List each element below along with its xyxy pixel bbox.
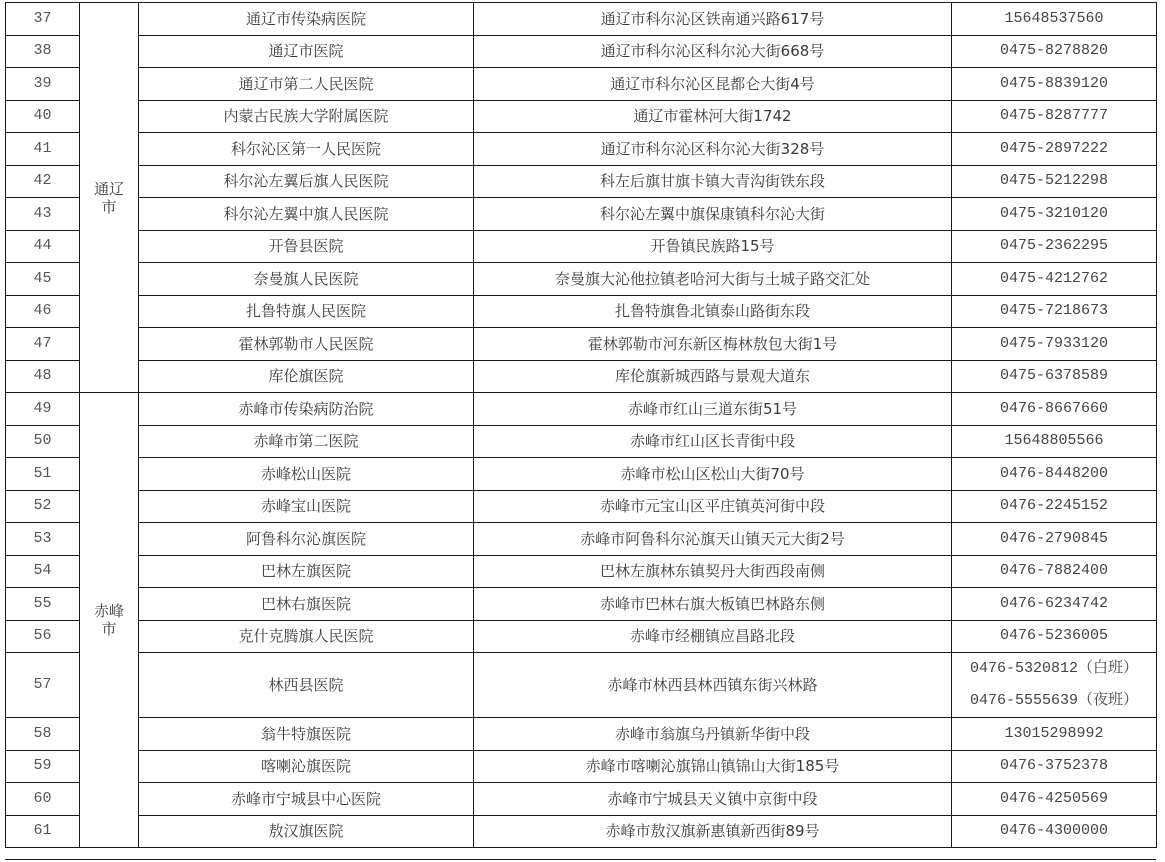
row-number-cell: 57 xyxy=(6,653,80,718)
address-cell: 通辽市科尔沁区昆都仑大街4号 xyxy=(474,68,952,101)
phone-cell: 0476-2245152 xyxy=(952,490,1157,523)
table-row: 39通辽市第二人民医院通辽市科尔沁区昆都仑大街4号0475-8839120 xyxy=(6,68,1157,101)
row-number-cell: 41 xyxy=(6,133,80,166)
phone-number: 0476-8667660 xyxy=(1000,400,1108,417)
phone-number: 0476-4300000 xyxy=(1000,822,1108,839)
address-cell: 赤峰市松山区松山大街70号 xyxy=(474,458,952,491)
phone-number: 0476-3752378 xyxy=(1000,757,1108,774)
phone-cell: 0475-5212298 xyxy=(952,165,1157,198)
phone-number: 0475-8839120 xyxy=(1000,75,1108,92)
phone-number: 0475-2897222 xyxy=(1000,140,1108,157)
row-number-cell: 49 xyxy=(6,393,80,426)
row-number-cell: 60 xyxy=(6,783,80,816)
city-cell: 赤峰市 xyxy=(80,393,139,848)
phone-number: 0475-6378589 xyxy=(1000,367,1108,384)
row-number-cell: 42 xyxy=(6,165,80,198)
hospital-name-cell: 库伦旗医院 xyxy=(139,360,474,393)
phone-cell: 0475-2362295 xyxy=(952,230,1157,263)
row-number-cell: 58 xyxy=(6,718,80,751)
table-row: 48库伦旗医院库伦旗新城西路与景观大道东0475-6378589 xyxy=(6,360,1157,393)
row-number-cell: 54 xyxy=(6,555,80,588)
table-row: 61敖汉旗医院赤峰市敖汉旗新惠镇新西街89号0476-4300000 xyxy=(6,815,1157,848)
address-cell: 赤峰市红山区长青街中段 xyxy=(474,425,952,458)
table-row: 45奈曼旗人民医院奈曼旗大沁他拉镇老哈河大街与土城子路交汇处0475-42127… xyxy=(6,263,1157,296)
phone-number: 0476-5320812（白班） xyxy=(952,653,1156,685)
hospital-name-cell: 赤峰宝山医院 xyxy=(139,490,474,523)
hospital-name-cell: 奈曼旗人民医院 xyxy=(139,263,474,296)
phone-cell: 0475-8278820 xyxy=(952,35,1157,68)
hospital-name-cell: 赤峰市第二医院 xyxy=(139,425,474,458)
table-row: 43科尔沁左翼中旗人民医院科尔沁左翼中旗保康镇科尔沁大街0475-3210120 xyxy=(6,198,1157,231)
address-cell: 赤峰市阿鲁科尔沁旗天山镇天元大街2号 xyxy=(474,523,952,556)
phone-number: 0475-8278820 xyxy=(1000,42,1108,59)
address-cell: 科左后旗甘旗卡镇大青沟街铁东段 xyxy=(474,165,952,198)
hospital-name-cell: 林西县医院 xyxy=(139,653,474,718)
hospital-name-cell: 敖汉旗医院 xyxy=(139,815,474,848)
table-row: 53阿鲁科尔沁旗医院赤峰市阿鲁科尔沁旗天山镇天元大街2号0476-2790845 xyxy=(6,523,1157,556)
address-cell: 赤峰市喀喇沁旗锦山镇锦山大街185号 xyxy=(474,750,952,783)
address-cell: 赤峰市元宝山区平庄镇英河街中段 xyxy=(474,490,952,523)
phone-cell: 0476-8448200 xyxy=(952,458,1157,491)
phone-cell: 0476-4300000 xyxy=(952,815,1157,848)
row-number-cell: 40 xyxy=(6,100,80,133)
phone-number: 0476-4250569 xyxy=(1000,790,1108,807)
phone-number: 0476-5236005 xyxy=(1000,627,1108,644)
hospital-name-cell: 通辽市传染病医院 xyxy=(139,3,474,36)
table-row: 42科尔沁左翼后旗人民医院科左后旗甘旗卡镇大青沟街铁东段0475-5212298 xyxy=(6,165,1157,198)
phone-cell: 0476-3752378 xyxy=(952,750,1157,783)
row-number-cell: 48 xyxy=(6,360,80,393)
phone-number: 0476-2790845 xyxy=(1000,530,1108,547)
phone-cell: 0476-4250569 xyxy=(952,783,1157,816)
phone-number: 0475-7218673 xyxy=(1000,302,1108,319)
table-row: 49赤峰市赤峰市传染病防治院赤峰市红山三道东街51号0476-8667660 xyxy=(6,393,1157,426)
hospital-name-cell: 科尔沁左翼中旗人民医院 xyxy=(139,198,474,231)
row-number-cell: 39 xyxy=(6,68,80,101)
table-row: 46扎鲁特旗人民医院扎鲁特旗鲁北镇泰山路街东段0475-7218673 xyxy=(6,295,1157,328)
row-number-cell: 47 xyxy=(6,328,80,361)
phone-cell: 0475-8287777 xyxy=(952,100,1157,133)
phone-cell: 0476-6234742 xyxy=(952,588,1157,621)
hospital-name-cell: 霍林郭勒市人民医院 xyxy=(139,328,474,361)
table-row: 41科尔沁区第一人民医院通辽市科尔沁区科尔沁大街328号0475-2897222 xyxy=(6,133,1157,166)
table-row: 57林西县医院赤峰市林西县林西镇东街兴林路0476-5320812（白班）047… xyxy=(6,653,1157,718)
hospital-name-cell: 科尔沁左翼后旗人民医院 xyxy=(139,165,474,198)
address-cell: 扎鲁特旗鲁北镇泰山路街东段 xyxy=(474,295,952,328)
table-row: 55巴林右旗医院赤峰市巴林右旗大板镇巴林路东侧0476-6234742 xyxy=(6,588,1157,621)
hospital-name-cell: 翁牛特旗医院 xyxy=(139,718,474,751)
row-number-cell: 51 xyxy=(6,458,80,491)
phone-number: 13015298992 xyxy=(1004,725,1103,742)
row-number-cell: 56 xyxy=(6,620,80,653)
phone-cell: 0476-5236005 xyxy=(952,620,1157,653)
phone-number: 0476-5555639（夜班） xyxy=(952,685,1156,717)
row-number-cell: 50 xyxy=(6,425,80,458)
phone-number: 0476-2245152 xyxy=(1000,497,1108,514)
phone-cell: 0475-7218673 xyxy=(952,295,1157,328)
table-row: 56克什克腾旗人民医院赤峰市经棚镇应昌路北段0476-5236005 xyxy=(6,620,1157,653)
phone-cell: 0475-6378589 xyxy=(952,360,1157,393)
phone-number: 0476-7882400 xyxy=(1000,562,1108,579)
row-number-cell: 53 xyxy=(6,523,80,556)
hospital-name-cell: 赤峰市传染病防治院 xyxy=(139,393,474,426)
row-number-cell: 61 xyxy=(6,815,80,848)
table-row: 54巴林左旗医院巴林左旗林东镇契丹大街西段南侧0476-7882400 xyxy=(6,555,1157,588)
hospital-table-body: 37通辽市通辽市传染病医院通辽市科尔沁区铁南通兴路617号15648537560… xyxy=(6,3,1157,848)
hospital-name-cell: 通辽市医院 xyxy=(139,35,474,68)
table-row: 58翁牛特旗医院赤峰市翁旗乌丹镇新华街中段13015298992 xyxy=(6,718,1157,751)
address-cell: 通辽市科尔沁区科尔沁大街668号 xyxy=(474,35,952,68)
hospital-name-cell: 赤峰市宁城县中心医院 xyxy=(139,783,474,816)
hospital-name-cell: 喀喇沁旗医院 xyxy=(139,750,474,783)
row-number-cell: 43 xyxy=(6,198,80,231)
phone-number: 15648805566 xyxy=(1004,432,1103,449)
hospital-name-cell: 科尔沁区第一人民医院 xyxy=(139,133,474,166)
address-cell: 开鲁镇民族路15号 xyxy=(474,230,952,263)
table-row: 60赤峰市宁城县中心医院赤峰市宁城县天义镇中京街中段0476-4250569 xyxy=(6,783,1157,816)
phone-number: 0476-6234742 xyxy=(1000,595,1108,612)
phone-number: 0475-5212298 xyxy=(1000,172,1108,189)
address-cell: 赤峰市经棚镇应昌路北段 xyxy=(474,620,952,653)
address-cell: 霍林郭勒市河东新区梅林敖包大街1号 xyxy=(474,328,952,361)
address-cell: 赤峰市巴林右旗大板镇巴林路东侧 xyxy=(474,588,952,621)
phone-cell: 15648805566 xyxy=(952,425,1157,458)
address-cell: 通辽市科尔沁区铁南通兴路617号 xyxy=(474,3,952,36)
row-number-cell: 59 xyxy=(6,750,80,783)
city-cell: 通辽市 xyxy=(80,3,139,393)
row-number-cell: 38 xyxy=(6,35,80,68)
address-cell: 赤峰市红山三道东街51号 xyxy=(474,393,952,426)
address-cell: 赤峰市林西县林西镇东街兴林路 xyxy=(474,653,952,718)
phone-number: 15648537560 xyxy=(1004,10,1103,27)
phone-cell: 0475-7933120 xyxy=(952,328,1157,361)
phone-number: 0475-3210120 xyxy=(1000,205,1108,222)
table-row: 40内蒙古民族大学附属医院通辽市霍林河大街17420475-8287777 xyxy=(6,100,1157,133)
address-cell: 赤峰市宁城县天义镇中京街中段 xyxy=(474,783,952,816)
hospital-name-cell: 内蒙古民族大学附属医院 xyxy=(139,100,474,133)
address-cell: 赤峰市翁旗乌丹镇新华街中段 xyxy=(474,718,952,751)
row-number-cell: 55 xyxy=(6,588,80,621)
row-number-cell: 44 xyxy=(6,230,80,263)
hospital-name-cell: 扎鲁特旗人民医院 xyxy=(139,295,474,328)
hospital-name-cell: 克什克腾旗人民医院 xyxy=(139,620,474,653)
hospital-name-cell: 阿鲁科尔沁旗医院 xyxy=(139,523,474,556)
table-row: 59喀喇沁旗医院赤峰市喀喇沁旗锦山镇锦山大街185号0476-3752378 xyxy=(6,750,1157,783)
city-label-line: 通辽 xyxy=(80,180,138,198)
phone-number: 0475-4212762 xyxy=(1000,270,1108,287)
city-label-line: 市 xyxy=(80,198,138,216)
row-number-cell: 37 xyxy=(6,3,80,36)
hospital-name-cell: 赤峰松山医院 xyxy=(139,458,474,491)
address-cell: 巴林左旗林东镇契丹大街西段南侧 xyxy=(474,555,952,588)
phone-cell: 0476-2790845 xyxy=(952,523,1157,556)
hospital-name-cell: 巴林右旗医院 xyxy=(139,588,474,621)
phone-number: 0475-2362295 xyxy=(1000,237,1108,254)
table-row: 38通辽市医院通辽市科尔沁区科尔沁大街668号0475-8278820 xyxy=(6,35,1157,68)
address-cell: 通辽市科尔沁区科尔沁大街328号 xyxy=(474,133,952,166)
hospital-table: 37通辽市通辽市传染病医院通辽市科尔沁区铁南通兴路617号15648537560… xyxy=(5,2,1157,848)
phone-cell: 0476-7882400 xyxy=(952,555,1157,588)
row-number-cell: 46 xyxy=(6,295,80,328)
table-row: 51赤峰松山医院赤峰市松山区松山大街70号0476-8448200 xyxy=(6,458,1157,491)
phone-cell: 0476-5320812（白班）0476-5555639（夜班） xyxy=(952,653,1157,718)
address-cell: 科尔沁左翼中旗保康镇科尔沁大街 xyxy=(474,198,952,231)
phone-cell: 0475-2897222 xyxy=(952,133,1157,166)
table-row: 47霍林郭勒市人民医院霍林郭勒市河东新区梅林敖包大街1号0475-7933120 xyxy=(6,328,1157,361)
hospital-name-cell: 通辽市第二人民医院 xyxy=(139,68,474,101)
address-cell: 通辽市霍林河大街1742 xyxy=(474,100,952,133)
phone-cell: 13015298992 xyxy=(952,718,1157,751)
phone-cell: 0475-4212762 xyxy=(952,263,1157,296)
address-cell: 赤峰市敖汉旗新惠镇新西街89号 xyxy=(474,815,952,848)
address-cell: 库伦旗新城西路与景观大道东 xyxy=(474,360,952,393)
table-row: 44开鲁县医院开鲁镇民族路15号0475-2362295 xyxy=(6,230,1157,263)
table-row: 37通辽市通辽市传染病医院通辽市科尔沁区铁南通兴路617号15648537560 xyxy=(6,3,1157,36)
table-row: 52赤峰宝山医院赤峰市元宝山区平庄镇英河街中段0476-2245152 xyxy=(6,490,1157,523)
hospital-name-cell: 巴林左旗医院 xyxy=(139,555,474,588)
city-label-line: 市 xyxy=(80,620,138,638)
city-label-line: 赤峰 xyxy=(80,602,138,620)
phone-cell: 15648537560 xyxy=(952,3,1157,36)
row-number-cell: 52 xyxy=(6,490,80,523)
hospital-name-cell: 开鲁县医院 xyxy=(139,230,474,263)
phone-number: 0476-8448200 xyxy=(1000,465,1108,482)
phone-cell: 0476-8667660 xyxy=(952,393,1157,426)
address-cell: 奈曼旗大沁他拉镇老哈河大街与土城子路交汇处 xyxy=(474,263,952,296)
row-number-cell: 45 xyxy=(6,263,80,296)
phone-cell: 0475-8839120 xyxy=(952,68,1157,101)
phone-cell: 0475-3210120 xyxy=(952,198,1157,231)
phone-number: 0475-8287777 xyxy=(1000,107,1108,124)
phone-number: 0475-7933120 xyxy=(1000,335,1108,352)
table-row: 50赤峰市第二医院赤峰市红山区长青街中段15648805566 xyxy=(6,425,1157,458)
